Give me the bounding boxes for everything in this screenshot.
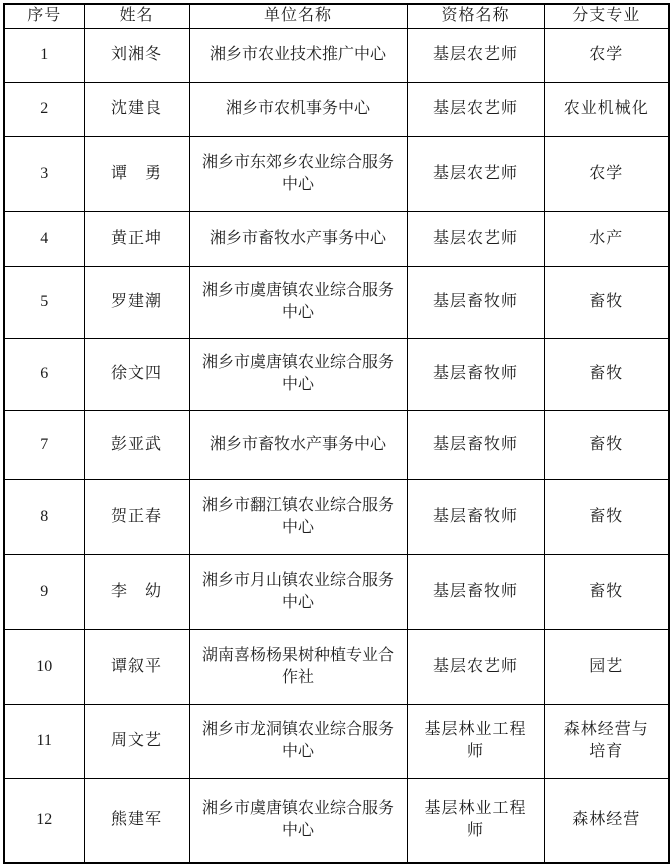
cell-name: 周文艺 <box>84 704 189 778</box>
cell-name: 黄正坤 <box>84 211 189 266</box>
cell-name: 谭 勇 <box>84 136 189 211</box>
cell-unit: 湘乡市龙洞镇农业综合服务 中心 <box>189 704 407 778</box>
table-row: 12熊建军湘乡市虞唐镇农业综合服务 中心基层林业工程 师森林经营 <box>4 778 669 863</box>
cell-unit: 湘乡市月山镇农业综合服务 中心 <box>189 554 407 629</box>
cell-specialty: 畜牧 <box>544 554 669 629</box>
cell-unit: 湘乡市东郊乡农业综合服务 中心 <box>189 136 407 211</box>
cell-index: 6 <box>4 338 84 410</box>
cell-qualification: 基层畜牧师 <box>407 554 544 629</box>
table-row: 10谭叙平湖南喜杨杨果树种植专业合 作社基层农艺师园艺 <box>4 629 669 704</box>
cell-unit: 湖南喜杨杨果树种植专业合 作社 <box>189 629 407 704</box>
cell-unit: 湘乡市虞唐镇农业综合服务 中心 <box>189 338 407 410</box>
cell-qualification: 基层农艺师 <box>407 136 544 211</box>
cell-specialty: 园艺 <box>544 629 669 704</box>
cell-qualification: 基层农艺师 <box>407 211 544 266</box>
cell-qualification: 基层畜牧师 <box>407 479 544 554</box>
column-header-index: 序号 <box>4 4 84 28</box>
certification-table: 序号 姓名 单位名称 资格名称 分支专业 1刘湘冬湘乡市农业技术推广中心基层农艺… <box>3 3 670 864</box>
cell-index: 1 <box>4 28 84 82</box>
cell-name: 李 幼 <box>84 554 189 629</box>
cell-index: 3 <box>4 136 84 211</box>
cell-name: 熊建军 <box>84 778 189 863</box>
column-header-specialty: 分支专业 <box>544 4 669 28</box>
cell-specialty: 森林经营 <box>544 778 669 863</box>
table-row: 8贺正春湘乡市翻江镇农业综合服务 中心基层畜牧师畜牧 <box>4 479 669 554</box>
cell-qualification: 基层畜牧师 <box>407 338 544 410</box>
cell-qualification: 基层畜牧师 <box>407 266 544 338</box>
table-row: 3谭 勇湘乡市东郊乡农业综合服务 中心基层农艺师农学 <box>4 136 669 211</box>
header-row: 序号 姓名 单位名称 资格名称 分支专业 <box>4 4 669 28</box>
cell-name: 刘湘冬 <box>84 28 189 82</box>
cell-specialty: 畜牧 <box>544 338 669 410</box>
table-row: 7彭亚武湘乡市畜牧水产事务中心基层畜牧师畜牧 <box>4 410 669 479</box>
table-row: 11周文艺湘乡市龙洞镇农业综合服务 中心基层林业工程 师森林经营与 培育 <box>4 704 669 778</box>
cell-unit: 湘乡市虞唐镇农业综合服务 中心 <box>189 778 407 863</box>
cell-index: 5 <box>4 266 84 338</box>
cell-specialty: 农学 <box>544 136 669 211</box>
column-header-name: 姓名 <box>84 4 189 28</box>
cell-name: 谭叙平 <box>84 629 189 704</box>
cell-unit: 湘乡市翻江镇农业综合服务 中心 <box>189 479 407 554</box>
cell-index: 7 <box>4 410 84 479</box>
cell-index: 8 <box>4 479 84 554</box>
table-row: 6徐文四湘乡市虞唐镇农业综合服务 中心基层畜牧师畜牧 <box>4 338 669 410</box>
cell-index: 10 <box>4 629 84 704</box>
cell-index: 11 <box>4 704 84 778</box>
cell-specialty: 水产 <box>544 211 669 266</box>
cell-specialty: 畜牧 <box>544 410 669 479</box>
cell-index: 12 <box>4 778 84 863</box>
cell-qualification: 基层林业工程 师 <box>407 778 544 863</box>
cell-unit: 湘乡市农业技术推广中心 <box>189 28 407 82</box>
cell-qualification: 基层农艺师 <box>407 82 544 136</box>
cell-specialty: 农业机械化 <box>544 82 669 136</box>
cell-unit: 湘乡市农机事务中心 <box>189 82 407 136</box>
cell-name: 彭亚武 <box>84 410 189 479</box>
cell-name: 沈建良 <box>84 82 189 136</box>
cell-unit: 湘乡市畜牧水产事务中心 <box>189 211 407 266</box>
column-header-unit: 单位名称 <box>189 4 407 28</box>
table-row: 4黄正坤湘乡市畜牧水产事务中心基层农艺师水产 <box>4 211 669 266</box>
cell-qualification: 基层农艺师 <box>407 28 544 82</box>
cell-specialty: 畜牧 <box>544 266 669 338</box>
table-row: 2沈建良湘乡市农机事务中心基层农艺师农业机械化 <box>4 82 669 136</box>
table-row: 9李 幼湘乡市月山镇农业综合服务 中心基层畜牧师畜牧 <box>4 554 669 629</box>
cell-unit: 湘乡市虞唐镇农业综合服务 中心 <box>189 266 407 338</box>
column-header-qualification: 资格名称 <box>407 4 544 28</box>
cell-index: 2 <box>4 82 84 136</box>
cell-specialty: 农学 <box>544 28 669 82</box>
cell-qualification: 基层畜牧师 <box>407 410 544 479</box>
cell-specialty: 森林经营与 培育 <box>544 704 669 778</box>
document-page: 序号 姓名 单位名称 资格名称 分支专业 1刘湘冬湘乡市农业技术推广中心基层农艺… <box>0 0 672 867</box>
table-row: 5罗建潮湘乡市虞唐镇农业综合服务 中心基层畜牧师畜牧 <box>4 266 669 338</box>
cell-index: 4 <box>4 211 84 266</box>
table-row: 1刘湘冬湘乡市农业技术推广中心基层农艺师农学 <box>4 28 669 82</box>
cell-qualification: 基层农艺师 <box>407 629 544 704</box>
table-body: 1刘湘冬湘乡市农业技术推广中心基层农艺师农学2沈建良湘乡市农机事务中心基层农艺师… <box>4 28 669 863</box>
cell-name: 徐文四 <box>84 338 189 410</box>
cell-name: 罗建潮 <box>84 266 189 338</box>
cell-qualification: 基层林业工程 师 <box>407 704 544 778</box>
cell-index: 9 <box>4 554 84 629</box>
cell-specialty: 畜牧 <box>544 479 669 554</box>
cell-name: 贺正春 <box>84 479 189 554</box>
cell-unit: 湘乡市畜牧水产事务中心 <box>189 410 407 479</box>
